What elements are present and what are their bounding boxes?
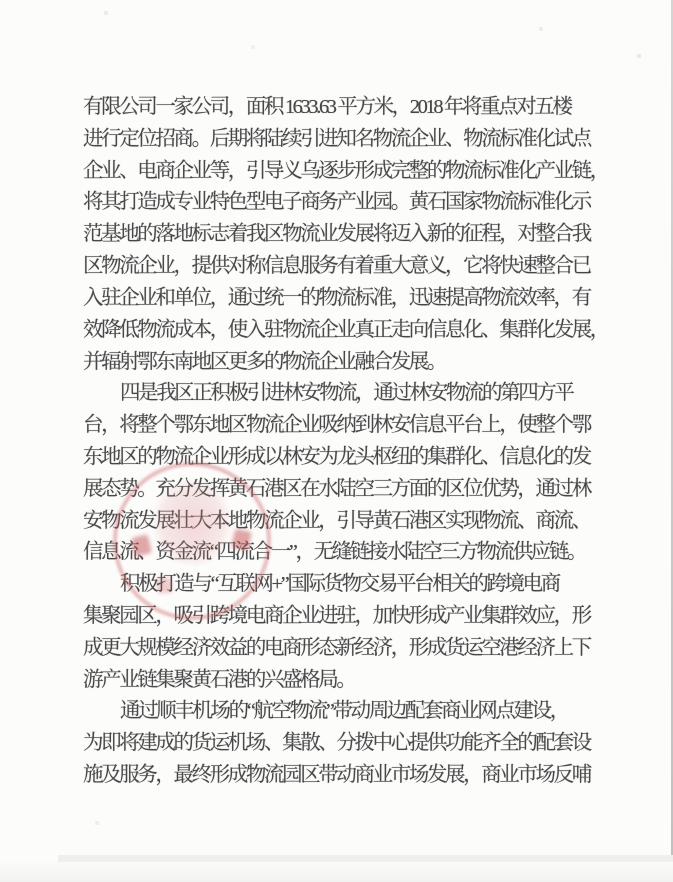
scan-bottom-shadow — [0, 862, 673, 882]
text-line: 效降低物流成本，使入驻物流企业真正走向信息化、集群化发展， — [83, 315, 623, 347]
text-line: 入驻企业和单位，通过统一的物流标准，迅速提高物流效率，有 — [83, 283, 623, 315]
document-text: 有限公司一家公司，面积 1633.63 平方米，2018 年将重点对五楼进行定位… — [83, 92, 623, 792]
text-line: 积极打造与“互联网+”国际货物交易平台相关的跨境电商 — [83, 569, 623, 601]
scan-bottom-edge-line — [58, 855, 673, 862]
text-line: 范基地的落地标志着我区物流业发展将迈入新的征程，对整合我 — [83, 219, 623, 251]
text-line: 有限公司一家公司，面积 1633.63 平方米，2018 年将重点对五楼 — [83, 92, 623, 124]
text-line: 东地区的物流企业形成以林安为龙头枢纽的集群化、信息化的发 — [83, 442, 623, 474]
text-line: 集聚园区，吸引跨境电商企业进驻，加快形成产业集群效应，形 — [83, 601, 623, 633]
text-line: 通过顺丰机场的“航空物流”带动周边配套商业网点建设， — [83, 696, 623, 728]
text-line: 安物流发展壮大本地物流企业，引导黄石港区实现物流、商流、 — [83, 506, 623, 538]
text-line: 进行定位招商。后期将陆续引进知名物流企业、物流标准化试点 — [83, 124, 623, 156]
text-line: 并辐射鄂东南地区更多的物流企业融合发展。 — [83, 347, 623, 379]
text-line: 企业、电商企业等，引导义乌逐步形成完整的物流标准化产业链， — [83, 156, 623, 188]
text-line: 将其打造成专业特色型电子商务产业园。黄石国家物流标准化示 — [83, 187, 623, 219]
text-line: 区物流企业，提供对称信息服务有着重大意义，它将快速整合已 — [83, 251, 623, 283]
text-line: 游产业链集聚黄石港的兴盛格局。 — [83, 665, 623, 697]
text-line: 展态势。充分发挥黄石港区在水陆空三方面的区位优势，通过林 — [83, 474, 623, 506]
text-line: 成更大规模经济效益的电商形态新经济，形成货运空港经济上下 — [83, 633, 623, 665]
text-line: 施及服务，最终形成物流园区带动商业市场发展，商业市场反哺 — [83, 760, 623, 792]
text-line: 为即将建成的货运机场、集散、分拨中心提供功能齐全的配套设 — [83, 728, 623, 760]
text-line: 台，将整个鄂东地区物流企业吸纳到林安信息平台上，使整个鄂 — [83, 410, 623, 442]
scanned-page: 有限公司一家公司，面积 1633.63 平方米，2018 年将重点对五楼进行定位… — [0, 0, 673, 882]
text-line: 四是我区正积极引进林安物流，通过林安物流的第四方平 — [83, 378, 623, 410]
scan-noise-specks — [0, 0, 2, 2]
text-line: 信息流、资金流“四流合一”，无缝链接水陆空三方物流供应链。 — [83, 537, 623, 569]
